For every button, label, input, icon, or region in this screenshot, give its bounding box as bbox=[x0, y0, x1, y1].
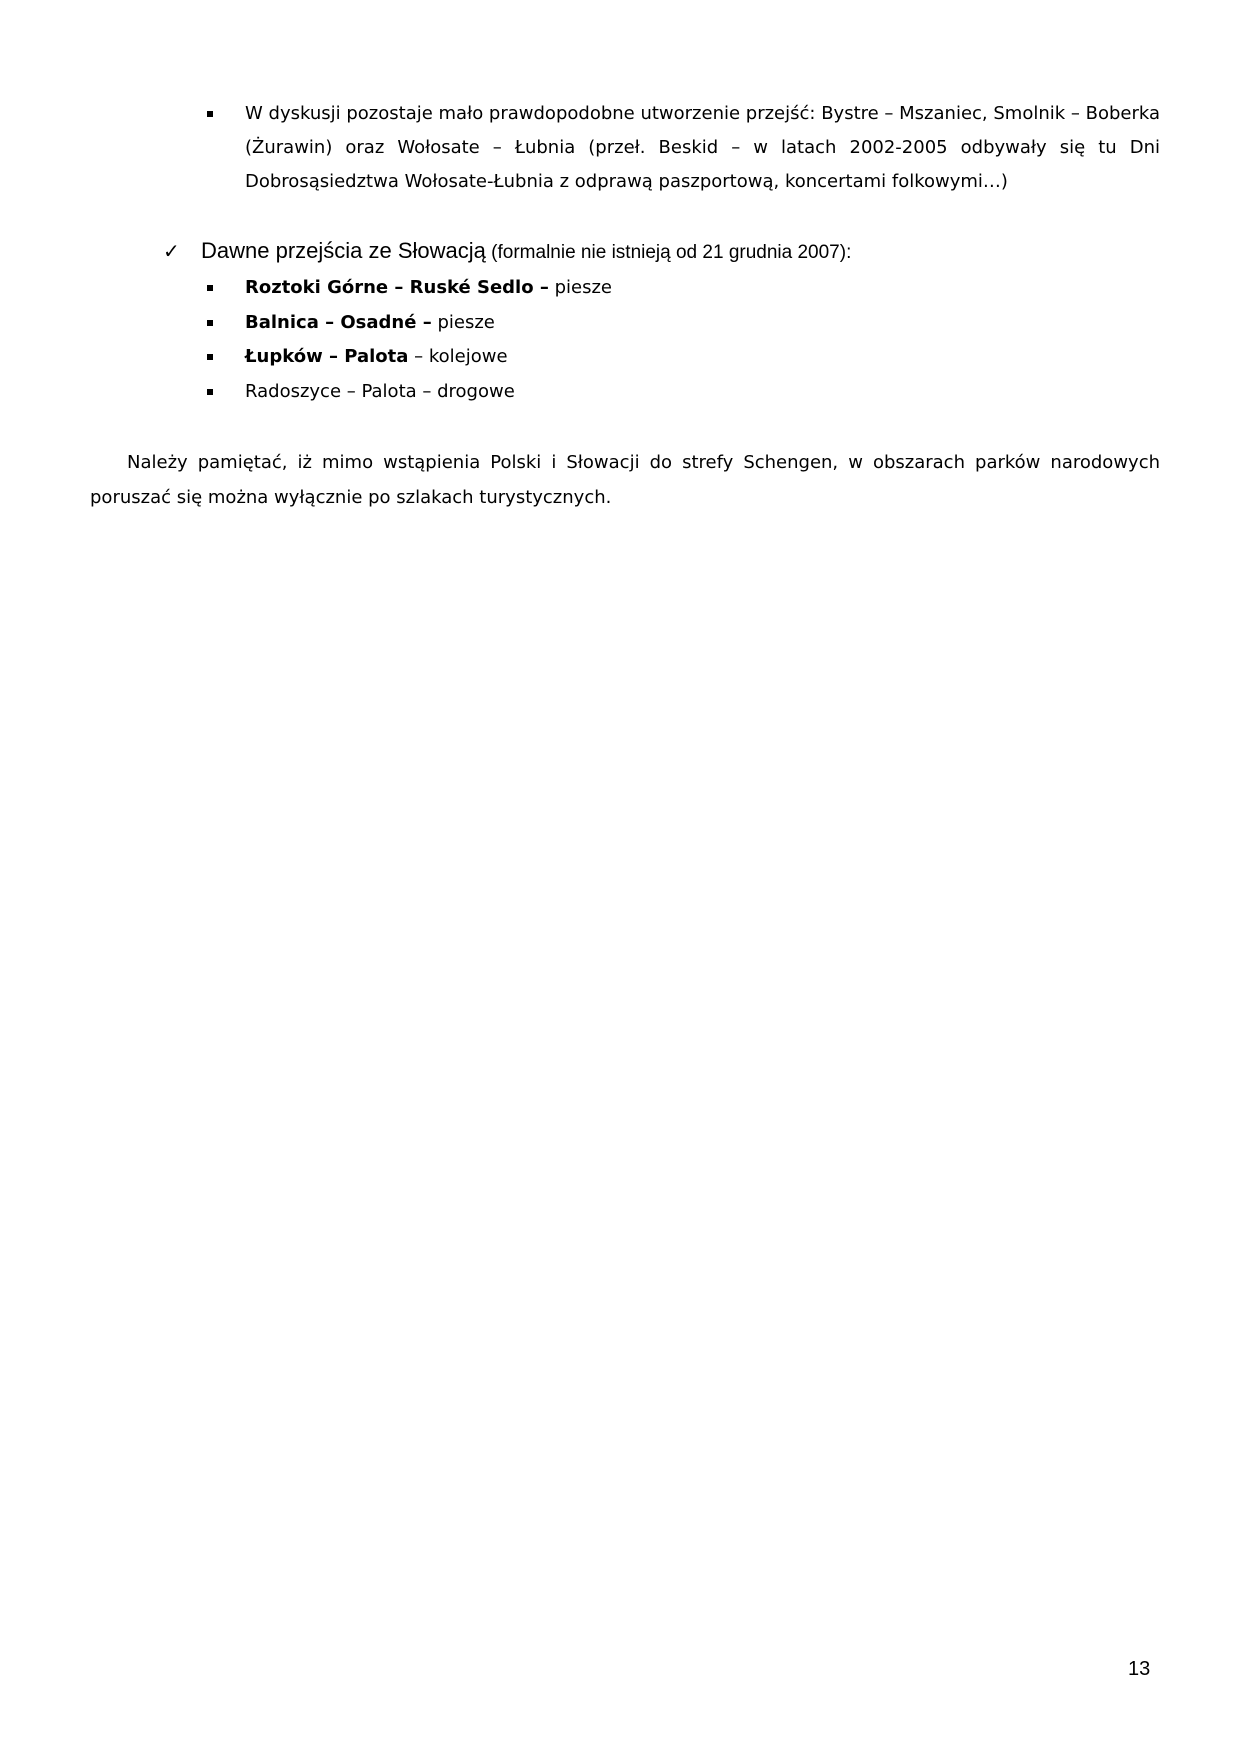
square-bullet-icon bbox=[207, 111, 213, 117]
check-icon: ✓ bbox=[163, 237, 201, 267]
crossing-name: Roztoki Górne – Ruské Sedlo – bbox=[245, 277, 549, 298]
paragraph-text: Należy pamiętać, iż mimo wstąpienia Pols… bbox=[90, 452, 1160, 508]
crossing-type: Radoszyce – Palota – drogowe bbox=[245, 381, 515, 402]
document-page: W dyskusji pozostaje mało prawdopodobne … bbox=[0, 0, 1241, 1755]
list-item: Roztoki Górne – Ruské Sedlo – piesze bbox=[205, 271, 612, 306]
crossing-type: piesze bbox=[549, 277, 612, 298]
bullet-text: W dyskusji pozostaje mało prawdopodobne … bbox=[245, 103, 1160, 192]
section-heading: ✓Dawne przejścia ze Słowacją (formalnie … bbox=[163, 236, 851, 268]
crossing-type: – kolejowe bbox=[408, 346, 507, 367]
section-title: Dawne przejścia ze Słowacją bbox=[201, 238, 486, 263]
square-bullet-icon bbox=[207, 389, 213, 395]
section-note: (formalnie nie istnieją od 21 grudnia 20… bbox=[486, 242, 851, 263]
list-item: W dyskusji pozostaje mało prawdopodobne … bbox=[205, 97, 1160, 199]
crossings-list: Roztoki Górne – Ruské Sedlo – piesze Bal… bbox=[205, 271, 612, 409]
square-bullet-icon bbox=[207, 320, 213, 326]
crossing-name: Łupków – Palota bbox=[245, 346, 408, 367]
page-number: 13 bbox=[1128, 1658, 1150, 1681]
square-bullet-icon bbox=[207, 285, 213, 291]
list-item: Radoszyce – Palota – drogowe bbox=[205, 375, 612, 410]
list-item: Balnica – Osadné – piesze bbox=[205, 306, 612, 341]
list-item: Łupków – Palota – kolejowe bbox=[205, 340, 612, 375]
crossing-type: piesze bbox=[432, 312, 495, 333]
crossing-name: Balnica – Osadné – bbox=[245, 312, 432, 333]
square-bullet-icon bbox=[207, 354, 213, 360]
closing-paragraph: Należy pamiętać, iż mimo wstąpienia Pols… bbox=[90, 445, 1160, 515]
top-bullet-list: W dyskusji pozostaje mało prawdopodobne … bbox=[205, 97, 1160, 199]
